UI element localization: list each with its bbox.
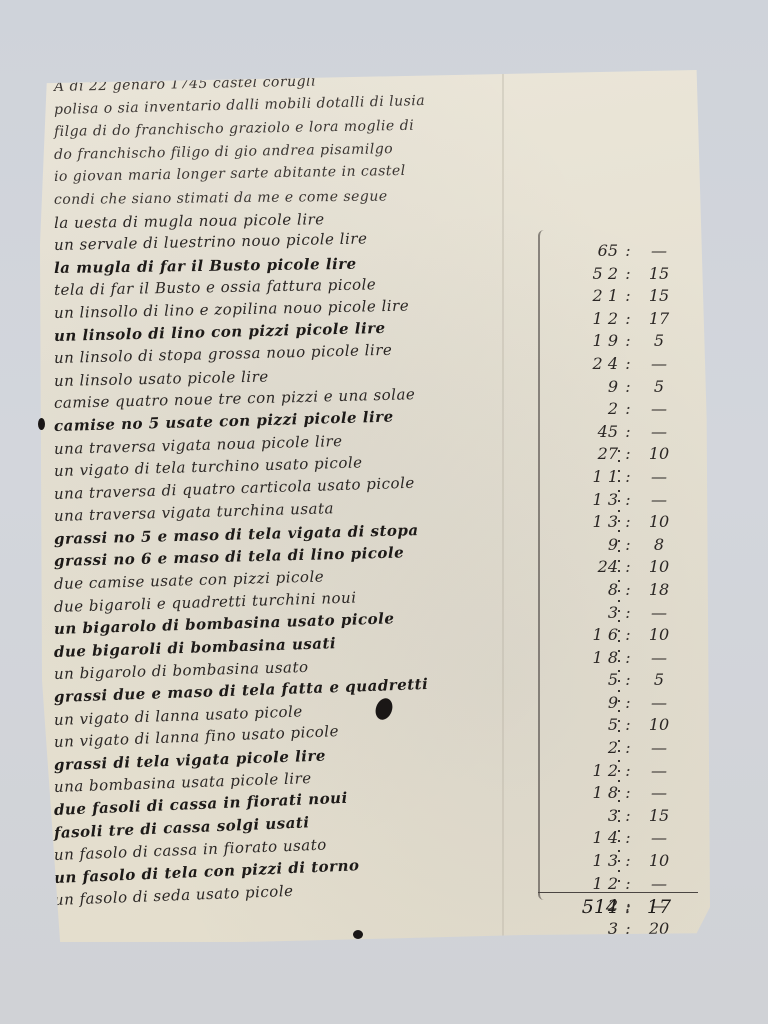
- lire-value: 1 3: [558, 850, 622, 873]
- lire-value: 2: [558, 398, 622, 421]
- amount-row: 2:—: [558, 737, 708, 760]
- soldi-value: —: [634, 737, 684, 760]
- lire-value: 1 2: [558, 308, 622, 331]
- amount-row: 2 4:—: [558, 353, 708, 376]
- colon-separator: :: [622, 624, 634, 647]
- amount-row: 3:20: [558, 918, 708, 941]
- colon-separator: :: [622, 511, 634, 534]
- colon-separator: :: [622, 308, 634, 331]
- soldi-value: —: [634, 692, 684, 715]
- amount-row: 9:—: [558, 692, 708, 715]
- colon-separator: :: [622, 376, 634, 399]
- amount-row: 9:5: [558, 376, 708, 399]
- soldi-value: 5: [634, 330, 684, 353]
- soldi-value: 10: [634, 850, 684, 873]
- colon-separator: :: [622, 489, 634, 512]
- lire-value: 1 9: [558, 330, 622, 353]
- ink-blot: [38, 418, 45, 430]
- colon-separator: :: [622, 421, 634, 444]
- soldi-value: —: [634, 647, 684, 670]
- soldi-value: 18: [634, 579, 684, 602]
- amount-row: 27:10: [558, 443, 708, 466]
- soldi-value: 10: [634, 556, 684, 579]
- colon-separator: :: [622, 669, 634, 692]
- soldi-value: —: [634, 398, 684, 421]
- lire-value: 1 3: [558, 489, 622, 512]
- amount-row: 2 1:15: [558, 285, 708, 308]
- colon-separator: :: [622, 827, 634, 850]
- soldi-value: 5: [634, 376, 684, 399]
- lire-value: 3: [558, 805, 622, 828]
- total-row: 514:17: [558, 896, 684, 919]
- soldi-value: —: [634, 421, 684, 444]
- colon-separator: :: [622, 263, 634, 286]
- amount-row: 45:—: [558, 421, 708, 444]
- lire-value: 8: [558, 579, 622, 602]
- soldi-value: 10: [634, 624, 684, 647]
- colon-separator: :: [622, 805, 634, 828]
- amount-row: 1 4:—: [558, 827, 708, 850]
- colon-separator: :: [622, 850, 634, 873]
- lire-value: 24: [558, 556, 622, 579]
- soldi-value: 17: [634, 308, 684, 331]
- amounts-column: 65:— 5 2:15 2 1:15 1 2:17 1 9:5 2 4:— 9:…: [558, 240, 708, 963]
- amount-row: 5:5: [558, 669, 708, 692]
- amount-row: 2:10: [558, 940, 708, 963]
- lire-value: 2 1: [558, 285, 622, 308]
- soldi-value: —: [634, 760, 684, 783]
- soldi-value: —: [634, 827, 684, 850]
- lire-value: 27: [558, 443, 622, 466]
- colon-separator: :: [622, 692, 634, 715]
- lire-value: 9: [558, 534, 622, 557]
- lire-value: 1 8: [558, 782, 622, 805]
- colon-separator: :: [622, 737, 634, 760]
- lire-value: 2 4: [558, 353, 622, 376]
- colon-separator: :: [622, 940, 634, 963]
- lire-value: 45: [558, 421, 622, 444]
- amount-row: 5 2:15: [558, 263, 708, 286]
- lire-value: 5: [558, 714, 622, 737]
- colon-separator: :: [622, 534, 634, 557]
- colon-separator: :: [622, 579, 634, 602]
- colon-separator: :: [622, 466, 634, 489]
- total-underline: [538, 892, 698, 893]
- soldi-value: 10: [634, 443, 684, 466]
- amount-row: 1 9:5: [558, 330, 708, 353]
- amount-row: 1 8:—: [558, 647, 708, 670]
- soldi-value: —: [634, 489, 684, 512]
- amount-row: 8:18: [558, 579, 708, 602]
- amount-row: 9:8: [558, 534, 708, 557]
- lire-value: 2: [558, 737, 622, 760]
- amount-row: 1 3:10: [558, 511, 708, 534]
- soldi-value: 10: [634, 511, 684, 534]
- lire-value: 65: [558, 240, 622, 263]
- amount-row: 1 3:10: [558, 850, 708, 873]
- manuscript-page: A di 22 genaro 1745 castel corugli polis…: [40, 70, 710, 942]
- total-lire: 514: [558, 896, 622, 919]
- soldi-value: 15: [634, 805, 684, 828]
- lire-value: 1 8: [558, 647, 622, 670]
- amount-row: 2:—: [558, 398, 708, 421]
- colon-separator: :: [622, 330, 634, 353]
- soldi-value: 8: [634, 534, 684, 557]
- amount-row: 1 8:—: [558, 782, 708, 805]
- soldi-value: 10: [634, 940, 684, 963]
- colon-separator: :: [622, 398, 634, 421]
- colon-separator: :: [622, 443, 634, 466]
- soldi-value: 15: [634, 285, 684, 308]
- soldi-value: —: [634, 240, 684, 263]
- amount-row: 1 2:—: [558, 760, 708, 783]
- lire-value: 3: [558, 918, 622, 941]
- colon-separator: :: [622, 647, 634, 670]
- lire-value: 1 4: [558, 827, 622, 850]
- amount-row: 5:10: [558, 714, 708, 737]
- colon-separator: :: [622, 240, 634, 263]
- soldi-value: 15: [634, 263, 684, 286]
- lire-value: 2: [558, 940, 622, 963]
- soldi-value: 5: [634, 669, 684, 692]
- colon-separator: :: [622, 918, 634, 941]
- soldi-value: —: [634, 466, 684, 489]
- lire-value: 5 2: [558, 263, 622, 286]
- soldi-value: 10: [634, 714, 684, 737]
- soldi-value: —: [634, 782, 684, 805]
- inventory-text: A di 22 genaro 1745 castel corugli polis…: [54, 76, 554, 912]
- amount-row: 1 6:10: [558, 624, 708, 647]
- brace-margin: [538, 230, 554, 900]
- amount-row: 1 1:—: [558, 466, 708, 489]
- lire-value: 5: [558, 669, 622, 692]
- colon-separator: :: [622, 760, 634, 783]
- lire-value: 1 2: [558, 760, 622, 783]
- soldi-value: —: [634, 602, 684, 625]
- colon-separator: :: [622, 782, 634, 805]
- lire-value: 1 1: [558, 466, 622, 489]
- lire-value: 1 6: [558, 624, 622, 647]
- colon-separator: :: [622, 602, 634, 625]
- amount-row: 24:10: [558, 556, 708, 579]
- lire-value: 1 3: [558, 511, 622, 534]
- colon-separator: :: [622, 556, 634, 579]
- colon-separator: :: [622, 285, 634, 308]
- amount-row: 65:—: [558, 240, 708, 263]
- amount-row: 3:—: [558, 602, 708, 625]
- colon-separator: :: [622, 353, 634, 376]
- ink-blot: [353, 930, 363, 939]
- colon-separator: :: [622, 896, 634, 919]
- total-soldi: 17: [634, 896, 684, 919]
- amount-row: 1 3:—: [558, 489, 708, 512]
- lire-value: 9: [558, 376, 622, 399]
- amount-row: 3:15: [558, 805, 708, 828]
- soldi-value: —: [634, 353, 684, 376]
- lire-value: 9: [558, 692, 622, 715]
- soldi-value: 20: [634, 918, 684, 941]
- colon-separator: :: [622, 714, 634, 737]
- lire-value: 3: [558, 602, 622, 625]
- amount-row: 1 2:17: [558, 308, 708, 331]
